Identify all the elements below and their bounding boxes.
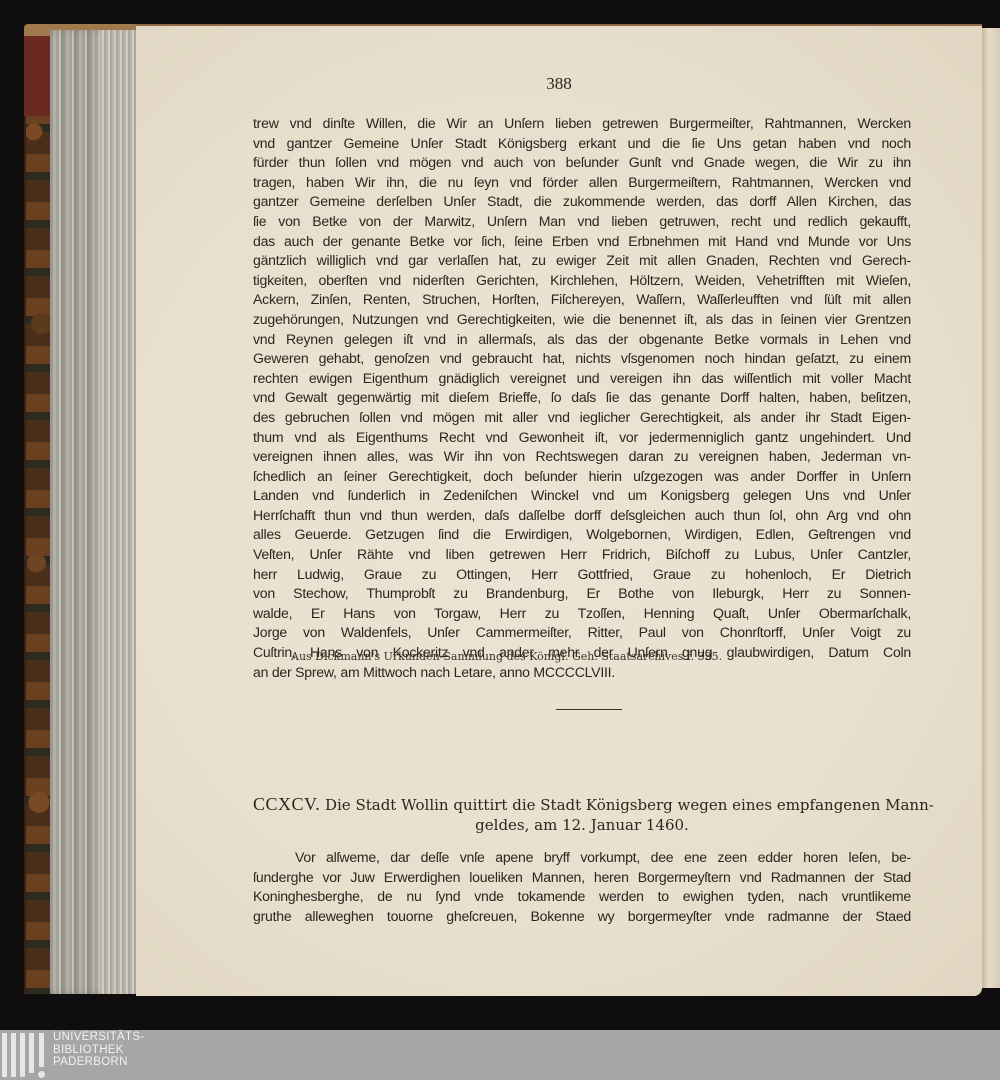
book-page: 388 trew vnd dinſte Willen, die Wir an U… (136, 26, 982, 996)
text-line: rechten ewigen Eigenthum gnädiglich vere… (253, 369, 911, 389)
text-line: tragen, haben Wir ihn, die nu ſeyn vnd f… (253, 173, 911, 193)
text-line: trew vnd dinſte Willen, die Wir an Unſer… (253, 114, 911, 134)
book-scan: 388 trew vnd dinſte Willen, die Wir an U… (0, 0, 1000, 1030)
text-line: das auch der genante Betke vor ſich, ſei… (253, 232, 911, 252)
text-line: walde, Er Hans von Torgaw, Herr zu Tzoſſ… (253, 604, 911, 624)
text-line: alles Geuerde. Getzugen ſind die Erwirdi… (253, 525, 911, 545)
logo-line-1: UNIVERSITÄTS- (53, 1031, 144, 1044)
text-line: zugehörungen, Nutzungen vnd Gerechtigkei… (253, 310, 911, 330)
text-line: gäntzlich williglich vnd gar verlaſſen h… (253, 251, 911, 271)
text-line: tigkeiten, oberſten vnd niderſten Gerich… (253, 271, 911, 291)
text-line: Geweren gehabt, genoſzen vnd gebraucht h… (253, 349, 911, 369)
library-footer-bar (0, 1030, 1000, 1080)
text-line: thum vnd als Eigenthums Recht vnd Gewonh… (253, 428, 911, 448)
library-logo-text: UNIVERSITÄTS- BIBLIOTHEK PADERBORN (53, 1031, 144, 1069)
section-divider (556, 709, 622, 710)
section-body: Vor alſweme, dar deſſe vnſe apene bryff … (253, 848, 911, 926)
text-line: gantzer Gemeine derſelben Unſer Stadt, d… (253, 192, 911, 212)
text-line: fürder thun ſollen vnd mögen vnd auch vo… (253, 153, 911, 173)
text-line: des gebruchen ſollen vnd mögen mit aller… (253, 408, 911, 428)
section-heading: CCXCV. Die Stadt Wollin quittirt die Sta… (253, 794, 911, 835)
document-body: trew vnd dinſte Willen, die Wir an Unſer… (253, 114, 911, 682)
page-right-edge (982, 28, 1000, 988)
page-number: 388 (136, 74, 982, 94)
logo-line-3: PADERBORN (53, 1056, 144, 1069)
marbled-cover (24, 36, 52, 994)
text-line: Vor alſweme, dar deſſe vnſe apene bryff … (253, 848, 911, 868)
library-logo-icon (2, 1031, 48, 1079)
section-number: CCXCV. (253, 794, 320, 814)
text-line: herr Ludwig, Graue zu Ottingen, Herr Got… (253, 565, 911, 585)
text-line: vnd gantzer Gemeine Unſer Stadt Königsbe… (253, 134, 911, 154)
text-line: Landen vnd ſunderlich in Zedeniſchen Win… (253, 486, 911, 506)
heading-line-2: geldes, am 12. Januar 1460. (253, 815, 911, 835)
logo-line-2: BIBLIOTHEK (53, 1044, 144, 1057)
page-stack-edges-inner (100, 30, 136, 994)
text-line: vnd Gewalt gegenwärtig mit dieſem Brieff… (253, 388, 911, 408)
text-line: ſie von Betke von der Marwitz, Unſern Ma… (253, 212, 911, 232)
text-line: ſunderghe vor Juw Erwerdighen loueliken … (253, 868, 911, 888)
text-line: ſchedlich an ſeiner Gerechtigkeit, doch … (253, 467, 911, 487)
text-line: von Stechow, Thumprobſt zu Brandenburg, … (253, 584, 911, 604)
text-line: gruthe alleweghen touorne gheſcreuen, Bo… (253, 907, 911, 927)
text-line: Ackern, Zinſen, Renten, Struchen, Horſte… (253, 290, 911, 310)
text-line: vereignen ihnen alles, was Wir ihn von R… (253, 447, 911, 467)
text-line: Veſten, Unſer Rähte vnd liben getrewen H… (253, 545, 911, 565)
heading-line-1: CCXCV. Die Stadt Wollin quittirt die Sta… (253, 794, 911, 815)
text-line: Jorge von Waldenfels, Unſer Cammermeiſte… (253, 623, 911, 643)
text-line: Herrſchafft thun vnd thun werden, daſs d… (253, 506, 911, 526)
text-line: vnd Reynen gelegen iſt vnd in allermaſs,… (253, 330, 911, 350)
text-line: an der Sprew, am Mittwoch nach Letare, a… (253, 663, 911, 683)
text-line: Koninghesberghe, de nu ſynd vnde tokamen… (253, 887, 911, 907)
cover-corner (24, 36, 50, 116)
heading-title: Die Stadt Wollin quittirt die Stadt Köni… (325, 796, 934, 814)
source-citation: Aus Dickmann's Urkunden-Sammlung des Kön… (291, 650, 722, 663)
